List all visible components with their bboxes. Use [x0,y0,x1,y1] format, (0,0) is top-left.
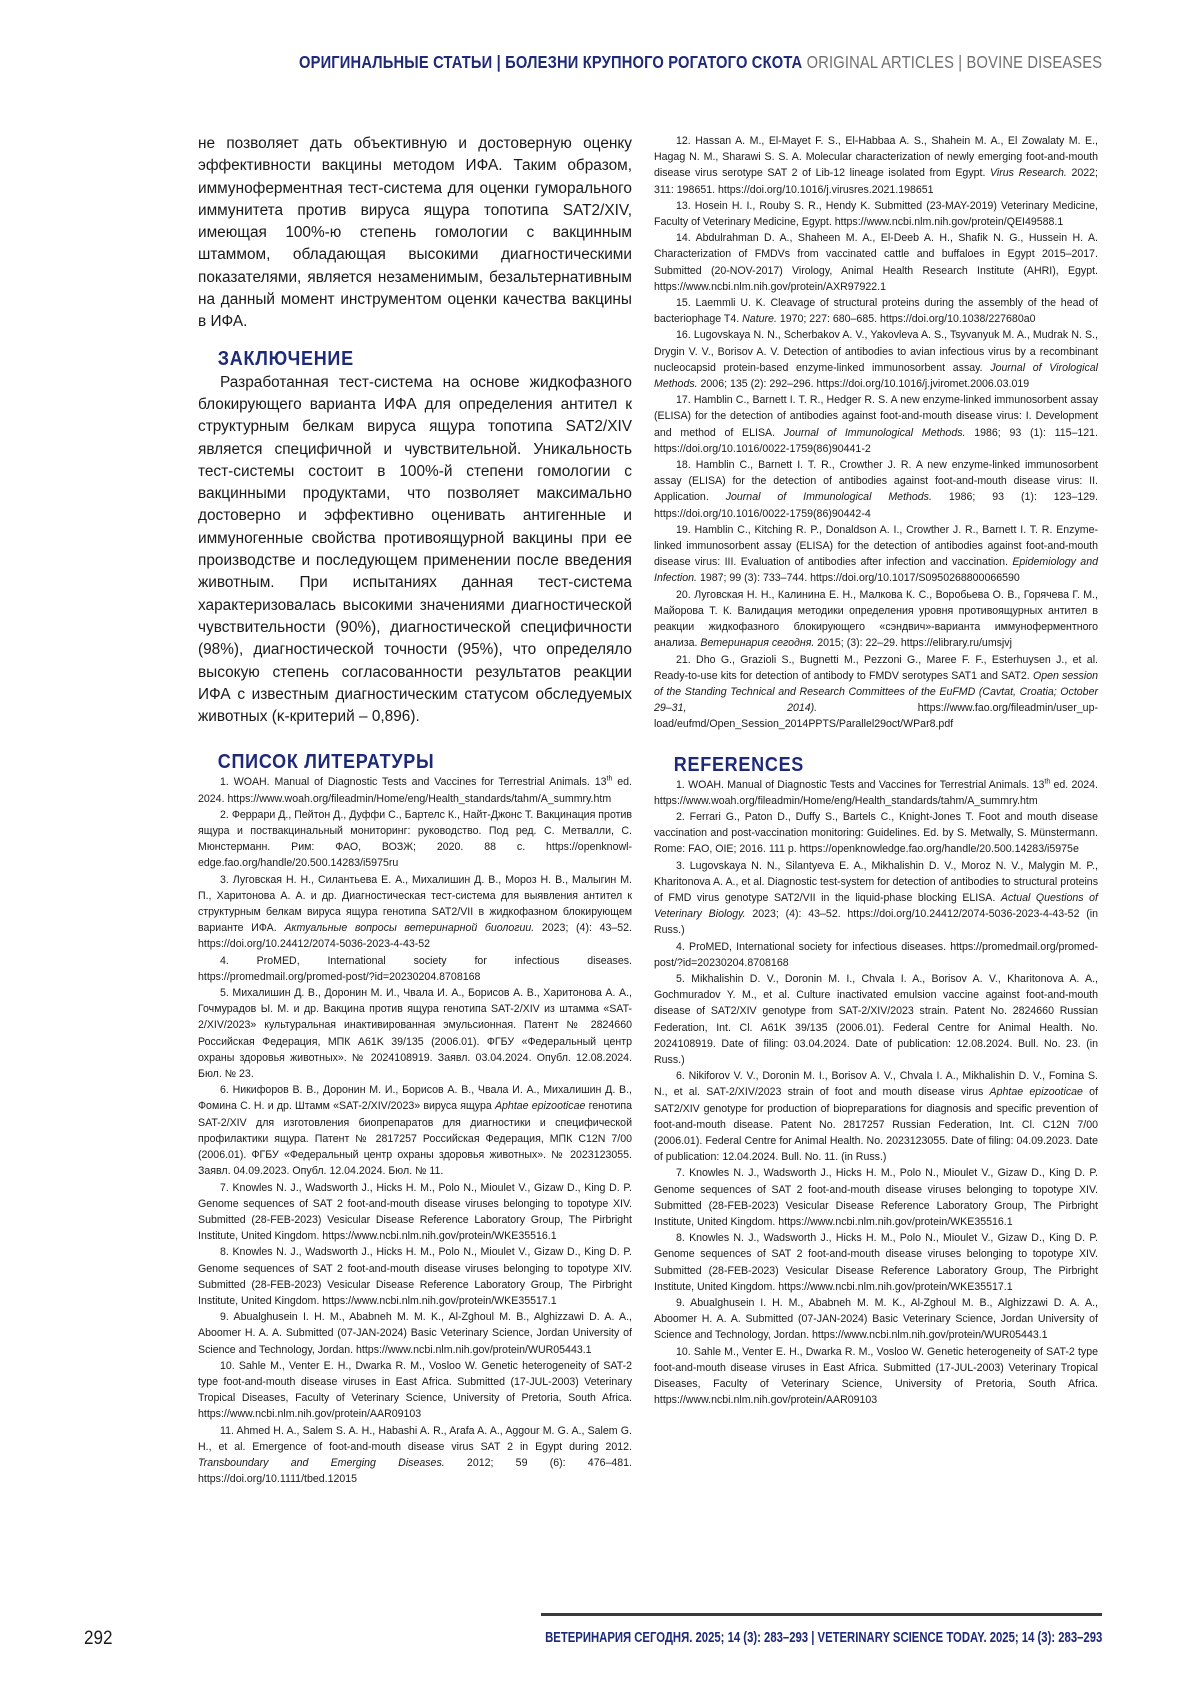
reference-item: 17. Hamblin C., Barnett I. T. R., Hedger… [654,392,1098,457]
reference-text: 13. Hosein H. I., Rouby S. R., Hendy K. … [654,200,1098,228]
references-ru-heading: СПИСОК ЛИТЕРАТУРЫ [198,750,589,774]
reference-item: 16. Lugovskaya N. N., Scherbakov A. V., … [654,327,1098,392]
reference-text: 11. Ahmed H. A., Salem S. A. H., Habashi… [198,1425,632,1453]
references-en-heading: REFERENCES [654,753,1054,777]
reference-item: 2. Феррари Д., Пейтон Д., Дуффи С., Барт… [198,807,632,872]
reference-item: 7. Knowles N. J., Wadsworth J., Hicks H.… [654,1165,1098,1230]
reference-item: 4. ProMED, International society for inf… [198,953,632,985]
reference-text: 2. Ferrari G., Paton D., Duffy S., Barte… [654,811,1098,855]
reference-text: 10. Sahle M., Venter E. H., Dwarka R. M.… [198,1360,632,1421]
reference-text: 7. Knowles N. J., Wadsworth J., Hicks H.… [198,1182,632,1243]
reference-text: 5. Mikhalishin D. V., Doronin M. I., Chv… [654,973,1098,1066]
reference-item: 8. Knowles N. J., Wadsworth J., Hicks H.… [654,1230,1098,1295]
reference-journal: Ветеринария сегодня. [700,637,814,649]
reference-text: 10. Sahle M., Venter E. H., Dwarka R. M.… [654,1346,1098,1407]
footer-citation: ВЕТЕРИНАРИЯ СЕГОДНЯ. 2025; 14 (3): 283–2… [545,1630,1102,1646]
references-ru-list-left: 1. WOAH. Manual of Diagnostic Tests and … [198,774,632,1487]
reference-item: 11. Ahmed H. A., Salem S. A. H., Habashi… [198,1423,632,1488]
reference-text: 7. Knowles N. J., Wadsworth J., Hicks H.… [654,1167,1098,1228]
running-head-ru: ОРИГИНАЛЬНЫЕ СТАТЬИ | БОЛЕЗНИ КРУПНОГО Р… [299,52,802,72]
reference-item: 6. Nikiforov V. V., Doronin M. I., Boris… [654,1068,1098,1165]
reference-journal: Актуальные вопросы ветеринарной биологии… [284,922,534,934]
reference-item: 1. WOAH. Manual of Diagnostic Tests and … [654,777,1098,809]
reference-text: 2. Феррари Д., Пейтон Д., Дуффи С., Барт… [198,809,632,870]
reference-item: 8. Knowles N. J., Wadsworth J., Hicks H.… [198,1244,632,1309]
references-ru-list-right: 12. Hassan A. M., El-Mayet F. S., El-Hab… [654,133,1098,733]
reference-item: 5. Михалишин Д. В., Доронин М. И., Чвала… [198,985,632,1082]
reference-text: 1. WOAH. Manual of Diagnostic Tests and … [676,779,1044,791]
reference-item: 10. Sahle M., Venter E. H., Dwarka R. M.… [198,1358,632,1423]
reference-text: 1. WOAH. Manual of Diagnostic Tests and … [220,776,607,788]
reference-text: 2006; 135 (2): 292–296. https://doi.org/… [698,378,1030,390]
reference-item: 15. Laemmli U. K. Cleavage of structural… [654,295,1098,327]
reference-journal: Aphtae epizoo­ticae [990,1086,1083,1098]
reference-item: 13. Hosein H. I., Rouby S. R., Hendy K. … [654,198,1098,230]
reference-item: 9. Abualghusein I. H. M., Ababneh M. M. … [198,1309,632,1358]
reference-item: 10. Sahle M., Venter E. H., Dwarka R. M.… [654,1344,1098,1409]
reference-text: 8. Knowles N. J., Wadsworth J., Hicks H.… [198,1246,632,1307]
reference-text: 4. ProMED, International society for inf… [654,941,1098,969]
footer-rule [541,1613,1102,1616]
reference-item: 2. Ferrari G., Paton D., Duffy S., Barte… [654,809,1098,858]
running-head: ОРИГИНАЛЬНЫЕ СТАТЬИ | БОЛЕЗНИ КРУПНОГО Р… [299,52,1102,73]
reference-text: 2015; (3): 22–29. https://elibrary.ru/um… [814,637,1012,649]
reference-text: 1970; 227: 680–685. https://doi.org/10.1… [777,313,1036,325]
reference-item: 7. Knowles N. J., Wadsworth J., Hicks H.… [198,1180,632,1245]
reference-item: 14. Abdulrahman D. A., Shaheen M. A., El… [654,230,1098,295]
reference-text: 14. Abdulrahman D. A., Shaheen M. A., El… [654,232,1098,293]
reference-item: 5. Mikhalishin D. V., Doronin M. I., Chv… [654,971,1098,1068]
right-column: 12. Hassan A. M., El-Mayet F. S., El-Hab… [654,133,1098,1408]
left-column: не позволяет дать объективную и достовер… [198,133,632,1487]
running-head-en: ORIGINAL ARTICLES | BOVINE DISEASES [806,52,1102,72]
reference-journal: Journal of Immunological Methods. [784,427,966,439]
reference-text: 8. Knowles N. J., Wadsworth J., Hicks H.… [654,1232,1098,1293]
reference-text: 9. Abualghusein I. H. M., Ababneh M. M. … [654,1297,1098,1341]
reference-text: 21. Dho G., Grazioli S., Bugnetti M., Pe… [654,654,1098,682]
references-en-list: 1. WOAH. Manual of Diagnostic Tests and … [654,777,1098,1409]
reference-journal: Aphtae epi­zooticae [495,1100,585,1112]
reference-text: 9. Abualghusein I. H. M., Ababneh M. M. … [198,1311,632,1355]
reference-item: 9. Abualghusein I. H. M., Ababneh M. M. … [654,1295,1098,1344]
reference-journal: Transboundary and Emerging Diseases. [198,1457,445,1469]
reference-journal: Journal of Immunological Methods. [726,491,932,503]
reference-item: 1. WOAH. Manual of Diagnostic Tests and … [198,774,632,806]
reference-item: 19. Hamblin C., Kitching R. P., Donaldso… [654,522,1098,587]
conclusion-paragraph: Разработанная тест-система на основе жид… [198,372,632,729]
reference-text: 5. Михалишин Д. В., Доронин М. И., Чвала… [198,987,632,1080]
reference-item: 6. Никифоров В. В., Доронин М. И., Борис… [198,1082,632,1179]
reference-item: 4. ProMED, International society for inf… [654,939,1098,971]
conclusion-heading: ЗАКЛЮЧЕНИЕ [198,346,589,372]
reference-item: 18. Hamblin C., Barnett I. T. R., Crowth… [654,457,1098,522]
reference-item: 3. Lugovskaya N. N., Silantyeva E. A., M… [654,858,1098,939]
reference-text: 1987; 99 (3): 733–744. https://doi.org/1… [697,572,1020,584]
reference-item: 3. Луговская Н. Н., Силантьева Е. А., Ми… [198,872,632,953]
reference-item: 20. Луговская Н. Н., Калинина Е. Н., Мал… [654,587,1098,652]
reference-text: 4. ProMED, International society for inf… [198,955,632,983]
intro-paragraph: не позволяет дать объективную и достовер… [198,133,632,334]
reference-journal: Virus Research. [990,167,1067,179]
page-number: 292 [84,1628,113,1650]
reference-item: 12. Hassan A. M., El-Mayet F. S., El-Hab… [654,133,1098,198]
reference-journal: Nature. [742,313,777,325]
reference-item: 21. Dho G., Grazioli S., Bugnetti M., Pe… [654,652,1098,733]
